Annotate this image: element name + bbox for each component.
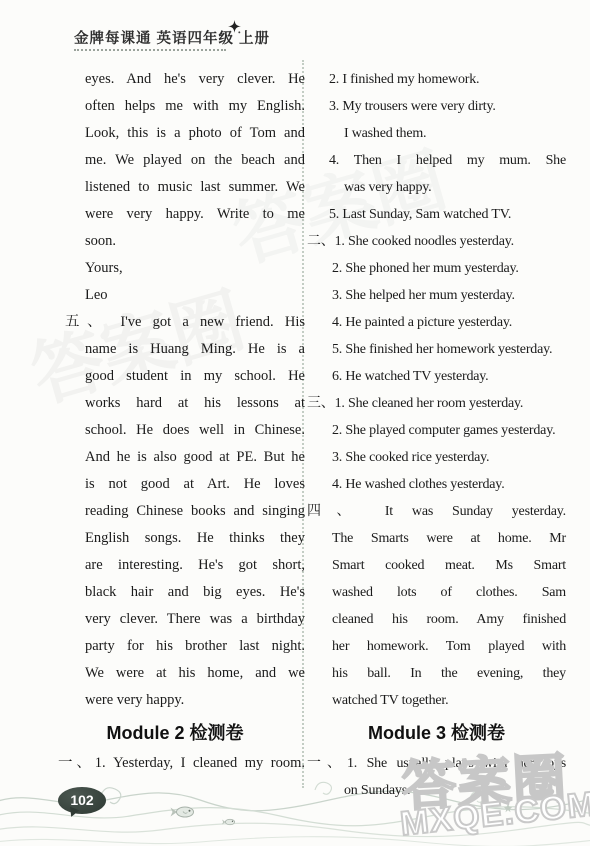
text-line: 3. She cooked rice yesterday. (307, 444, 566, 471)
text-line: listened to music last summer. We (45, 174, 305, 201)
text-line: 3. She helped her mum yesterday. (307, 282, 566, 309)
text-line: And he is also good at PE. But he (45, 444, 305, 471)
text-line: often helps me with my English. (45, 93, 305, 120)
text-line: are interesting. He's got short, (45, 552, 305, 579)
text-line: me. We played on the beach and (45, 147, 305, 174)
text-line: cleaned his room. Amy finished (307, 606, 566, 633)
text-line: 6. He watched TV yesterday. (307, 363, 566, 390)
text-line: very clever. There was a birthday (45, 606, 305, 633)
text-line: 3. My trousers were very dirty. (307, 93, 566, 120)
text-line: The Smarts were at home. Mr (307, 525, 566, 552)
text-line: English songs. He thinks they (45, 525, 305, 552)
text-line: party for his brother last night. (45, 633, 305, 660)
text-line: was very happy. (307, 174, 566, 201)
text-line: 一、1. Yesterday, I cleaned my room. (45, 750, 305, 777)
text-line: 4. He washed clothes yesterday. (307, 471, 566, 498)
text-line: Smart cooked meat. Ms Smart (307, 552, 566, 579)
text-line: good student in my school. He (45, 363, 305, 390)
text-line: 四、 It was Sunday yesterday. (307, 498, 566, 525)
text-line: I washed them. (307, 120, 566, 147)
text-line: 五、 I've got a new friend. His (45, 309, 305, 336)
text-line: soon. (45, 228, 305, 255)
text-line: eyes. And he's very clever. He (45, 66, 305, 93)
text-line: were very happy. (45, 687, 305, 714)
text-line: 4. He painted a picture yesterday. (307, 309, 566, 336)
text-line: Yours, (45, 255, 305, 282)
text-line: 三、1. She cleaned her room yesterday. (307, 390, 566, 417)
fish-icon (171, 807, 194, 817)
text-line: is not good at Art. He loves (45, 471, 305, 498)
text-line: reading Chinese books and singing (45, 498, 305, 525)
text-line: 二、1. She cooked noodles yesterday. (307, 228, 566, 255)
text-line: 2. I finished my homework. (307, 66, 566, 93)
text-line: her homework. Tom played with (307, 633, 566, 660)
scanned-answer-page: 金牌每课通 英语四年级 上册 · 答案圈 答案圈 eyes. And he's … (0, 0, 590, 846)
text-line: washed lots of clothes. Sam (307, 579, 566, 606)
header-dot: · (219, 26, 224, 43)
text-line: name is Huang Ming. He is a (45, 336, 305, 363)
text-line: works hard at his lessons at (45, 390, 305, 417)
section-heading: Module 2 检测卷 (45, 714, 305, 750)
text-line: 2. She phoned her mum yesterday. (307, 255, 566, 282)
text-line: 5. She finished her homework yesterday. (307, 336, 566, 363)
text-line: his ball. In the evening, they (307, 660, 566, 687)
text-line: school. He does well in Chinese. (45, 417, 305, 444)
page-number-badge: 102 (58, 787, 106, 814)
right-column: 2. I finished my homework.3. My trousers… (307, 66, 566, 804)
text-line: Look, this is a photo of Tom and (45, 120, 305, 147)
text-line: watched TV together. (307, 687, 566, 714)
text-line: 5. Last Sunday, Sam watched TV. (307, 201, 566, 228)
text-line: 4. Then I helped my mum. She (307, 147, 566, 174)
text-line: We were at his home, and we (45, 660, 305, 687)
text-line: Leo (45, 282, 305, 309)
sparkle-star-icon (227, 20, 242, 40)
text-line: 2. She played computer games yesterday. (307, 417, 566, 444)
text-line: black hair and big eyes. He's (45, 579, 305, 606)
left-column: eyes. And he's very clever. Heoften help… (45, 66, 305, 777)
text-line: were very happy. Write to me (45, 201, 305, 228)
header-dotted-underline (74, 49, 226, 51)
